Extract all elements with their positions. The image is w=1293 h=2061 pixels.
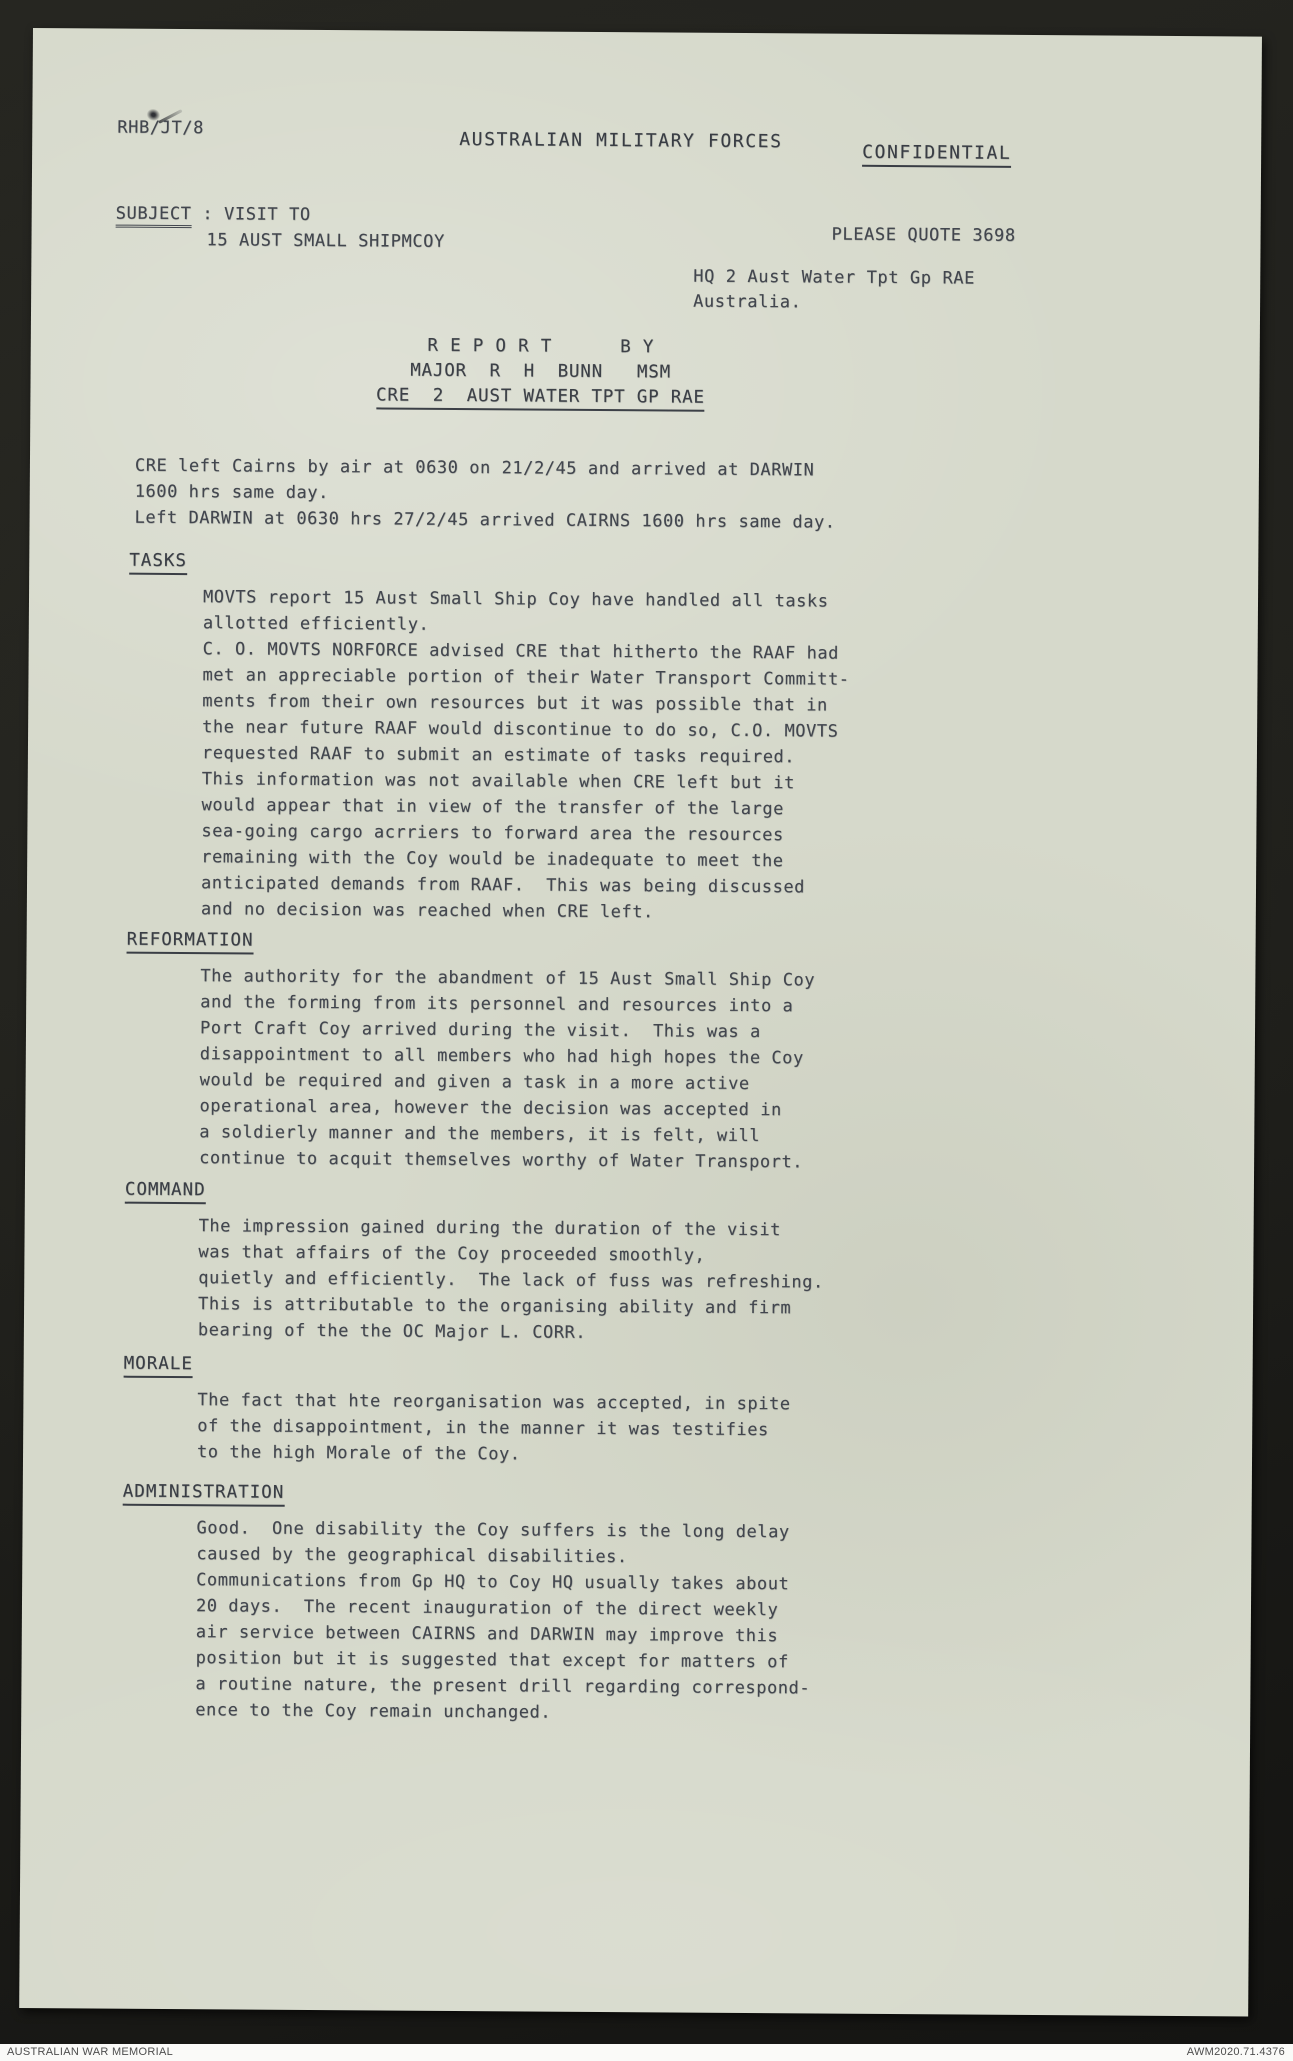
typed-line: would be required and given a task in a … — [200, 1069, 750, 1095]
report-title-line-1: R E P O R T B Y — [321, 335, 761, 358]
section-heading-morale: MORALE — [124, 1354, 193, 1374]
typed-line: ments from their own resources but it wa… — [202, 690, 828, 716]
report-title-block: R E P O R T B Y MAJOR R H BUNN MSM CRE 2… — [320, 335, 761, 413]
typed-line: The fact that hte reorganisation was acc… — [197, 1389, 790, 1415]
typed-line: and no decision was reached when CRE lef… — [201, 898, 654, 923]
typed-line: This information was not available when … — [202, 768, 795, 794]
typed-line: allotted efficiently. — [203, 612, 430, 636]
section-heading-reformation: REFORMATION — [127, 930, 254, 951]
subject-label: SUBJECT — [116, 204, 192, 229]
typed-line: caused by the geographical disabilities. — [196, 1543, 628, 1568]
typed-line: 20 days. The recent inauguration of the … — [196, 1595, 779, 1621]
subject-line-2: 15 AUST SMALL SHIPMCOY — [206, 229, 445, 253]
typed-line: C. O. MOVTS NORFORCE advised CRE that hi… — [203, 638, 839, 664]
typed-line: ence to the Coy remain unchanged. — [195, 1699, 551, 1723]
typed-line: anticipated demands from RAAF. This was … — [201, 872, 805, 898]
typed-line: a routine nature, the present drill rega… — [195, 1673, 810, 1699]
typed-line: of the disappointment, in the manner it … — [197, 1415, 769, 1441]
typed-line: quietly and efficiently. The lack of fus… — [198, 1267, 824, 1293]
typed-line: position but it is suggested that except… — [196, 1647, 789, 1673]
typed-line: a soldierly manner and the members, it i… — [199, 1121, 760, 1147]
quote-reference: PLEASE QUOTE 3698 — [832, 224, 1016, 247]
organisation-title: AUSTRALIAN MILITARY FORCES — [459, 129, 783, 153]
report-title-line-2: MAJOR R H BUNN MSM — [321, 360, 761, 383]
section-heading-administration: ADMINISTRATION — [123, 1482, 285, 1503]
typed-line: operational area, however the decision w… — [199, 1095, 782, 1121]
document-page: RHB/JT/8 AUSTRALIAN MILITARY FORCES CONF… — [19, 28, 1262, 2017]
report-title-line-3: CRE 2 AUST WATER TPT GP RAE — [320, 385, 760, 408]
typed-line: Port Craft Coy arrived during the visit.… — [200, 1017, 761, 1043]
typed-line: requested RAAF to submit an estimate of … — [202, 742, 795, 768]
typed-line: disappointment to all members who had hi… — [200, 1043, 804, 1069]
typed-line: would appear that in view of the transfe… — [202, 794, 785, 820]
section-heading-command: COMMAND — [125, 1180, 206, 1201]
file-reference: RHB/JT/8 — [117, 117, 204, 140]
scan-background: RHB/JT/8 AUSTRALIAN MILITARY FORCES CONF… — [0, 0, 1293, 2061]
archive-source-label: AUSTRALIAN WAR MEMORIAL — [7, 2046, 173, 2058]
typed-line: The impression gained during the duratio… — [199, 1215, 782, 1241]
typed-line: Communications from Gp HQ to Coy HQ usua… — [196, 1569, 789, 1595]
section-heading-tasks: TASKS — [129, 551, 187, 571]
typed-line: Left DARWIN at 0630 hrs 27/2/45 arrived … — [135, 508, 836, 533]
typed-line: Good. One disability the Coy suffers is … — [196, 1517, 789, 1543]
typed-line: CRE left Cairns by air at 0630 on 21/2/4… — [135, 456, 815, 481]
typed-line: This is attributable to the organising a… — [198, 1293, 791, 1319]
typed-line: The authority for the abandment of 15 Au… — [200, 965, 815, 991]
address-line-2: Australia. — [693, 291, 802, 314]
archive-accession-number: AWM2020.71.4376 — [1187, 2046, 1285, 2058]
typed-line: MOVTS report 15 Aust Small Ship Coy have… — [203, 586, 829, 612]
address-line-1: HQ 2 Aust Water Tpt Gp RAE — [693, 266, 975, 290]
typed-line: was that affairs of the Coy proceeded sm… — [198, 1241, 705, 1267]
typed-line: remaining with the Coy would be inadequa… — [201, 846, 784, 872]
typed-line: continue to acquit themselves worthy of … — [199, 1147, 803, 1173]
typed-line: met an appreciable portion of their Wate… — [202, 664, 849, 691]
typed-line: 1600 hrs same day. — [135, 482, 329, 503]
subject-text: : VISIT TO — [191, 204, 310, 225]
typed-line: sea-going cargo acrriers to forward area… — [201, 820, 784, 846]
classification-stamp: CONFIDENTIAL — [862, 142, 1011, 168]
subject-line: SUBJECT : VISIT TO — [116, 203, 311, 226]
typed-line: the near future RAAF would discontinue t… — [202, 716, 838, 742]
typed-line: air service between CAIRNS and DARWIN ma… — [196, 1621, 779, 1647]
typed-line: bearing of the the OC Major L. CORR. — [198, 1319, 586, 1344]
archive-caption-bar: AUSTRALIAN WAR MEMORIAL AWM2020.71.4376 — [0, 2044, 1293, 2061]
typed-line: to the high Morale of the Coy. — [197, 1441, 521, 1465]
typed-line: and the forming from its personnel and r… — [200, 991, 793, 1017]
